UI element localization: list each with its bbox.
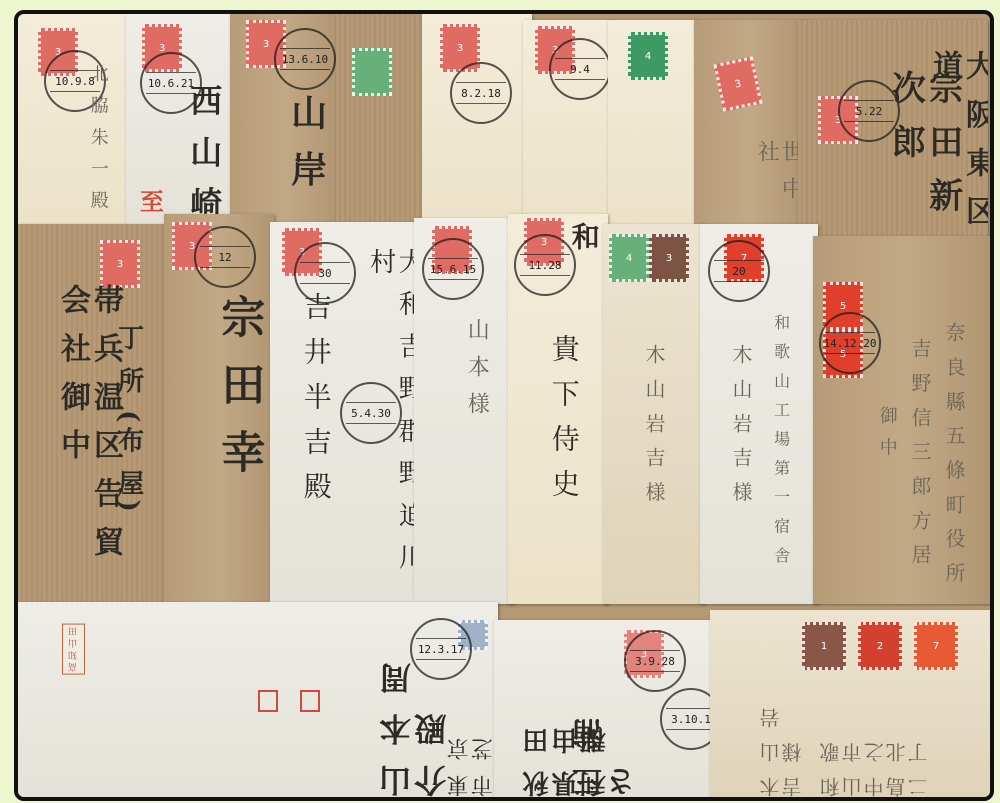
red-seal <box>300 690 320 712</box>
red-mark: 至 <box>136 189 162 217</box>
address-text: 山 岸 <box>286 94 326 191</box>
postmark: 13.6.10 <box>274 28 336 90</box>
stamp: 2 <box>858 622 902 670</box>
address-text: 北 脇 朱 一 殿 <box>88 64 108 213</box>
stamp: 3 <box>100 240 140 288</box>
address-extra: 丁 所 (布 屋) <box>114 324 143 516</box>
cover-12: 3 30 吉 井 半 吉 殿 大 和 吉 野 郡 野 迫 川 村 5.4.30 <box>270 222 420 604</box>
return-label: 高 知 山 田 <box>62 624 85 675</box>
red-seal <box>258 690 278 712</box>
stamp: 4 <box>628 32 668 80</box>
postmark: 15.6.15 <box>422 238 484 300</box>
cover-8: 3 世 中 社 <box>694 20 804 230</box>
cover-collection-photo: 3 10.9.8 北 脇 朱 一 殿 3 10.6.21 西 山 崎 至 3 1… <box>14 10 994 801</box>
cover-2: 3 10.6.21 西 山 崎 至 <box>126 14 236 229</box>
cover-16: 7 20 木 山 岩 吉 様 和 歌 山 工 場 第 一 宿 舎 <box>700 224 818 604</box>
cover-18: 高 知 山 田 12.3.17 山 本 周 介 殿 東 京 市 芝 区 ... <box>18 602 498 797</box>
cover-17: 5 5 14.12.20 奈 良 縣 五 條 町 役 所 吉 野 信 三 郎 方… <box>813 236 993 604</box>
postmark: 9.4 <box>549 38 611 100</box>
cover-13: 15.6.15 山 本 様 <box>414 218 514 604</box>
addressee-name: 宗 田 新 次 郎 <box>886 70 961 240</box>
stamp: 3 <box>649 234 689 282</box>
addressee-name: 木 山 岩 吉 様 <box>730 344 752 505</box>
postmark: 14.12.20 <box>819 312 881 374</box>
address-extra: 御 中 <box>877 406 897 460</box>
cover-9: 3 5.22 大 阪 東 区 道 宗 田 新 次 郎 <box>798 20 988 240</box>
address-text: 世 中 社 <box>754 140 802 230</box>
cover-20: 1 2 7 木 山 岩 吉 様 和 歌 山 市 中 之 島 北 二 丁 <box>710 610 990 797</box>
cover-4 <box>336 14 426 229</box>
addressee-name: 吉 井 半 吉 殿 <box>300 292 331 504</box>
addressee-name: 吉 野 信 三 郎 方 居 <box>909 338 931 568</box>
cover-1: 3 10.9.8 北 脇 朱 一 殿 <box>18 14 128 224</box>
address-text: 木 山 岩 吉 様 <box>643 344 665 505</box>
address-text: 西 山 崎 <box>186 84 221 222</box>
postmark-arrival: 3.10.1 <box>660 688 714 750</box>
postmark: 8.2.18 <box>450 62 512 124</box>
cover-14: 3 11.28 貴 下 侍 史 和 <box>508 214 608 604</box>
address-extra: 和 <box>568 222 599 254</box>
addressee-name: 山 本 周 介 殿 <box>380 634 450 797</box>
address-text: 秋 田 県 由 利 郡 <box>524 720 610 797</box>
cover-19: 3 3.9.28 3.10.1 三 浦 さ 秋 田 県 由 利 郡 <box>494 620 714 797</box>
address-text: 貴 下 侍 史 <box>548 334 579 501</box>
cover-3: 3 13.6.10 山 岸 <box>230 14 340 229</box>
address-text: 東 京 市 芝 区 ... <box>448 698 498 797</box>
address-text: 和 歌 山 工 場 第 一 宿 舎 <box>772 314 790 567</box>
postmark: 12 <box>194 226 256 288</box>
cover-7: 4 <box>608 20 698 225</box>
addressee-name: 木 山 岩 吉 様 <box>760 680 804 797</box>
postmark-arrival: 5.4.30 <box>340 382 402 444</box>
stamp: 4 <box>609 234 649 282</box>
postmark: 11.28 <box>514 234 576 296</box>
cover-15: 4 3 木 山 岩 吉 様 <box>603 224 705 604</box>
stamp: 7 <box>914 622 958 670</box>
address-text: 帯 兵 温 区 告 貿 会 社 御 中 <box>56 284 122 604</box>
stamp: 1 <box>802 622 846 670</box>
cover-11: 3 12 宗 田 幸 <box>164 214 274 604</box>
address-text: 宗 田 幸 <box>214 294 262 477</box>
stamp: 3 <box>713 56 762 111</box>
address-text: 和 歌 山 市 中 之 島 北 二 丁 <box>820 720 930 797</box>
postmark: 20 <box>708 240 770 302</box>
address-text: 奈 良 縣 五 條 町 役 所 <box>943 322 965 587</box>
cover-6: 3 9.4 <box>523 20 613 225</box>
cover-10: 3 帯 兵 温 区 告 貿 会 社 御 中 丁 所 (布 屋) <box>18 224 168 604</box>
cover-5: 3 8.2.18 <box>422 14 532 224</box>
address-text: 山 本 様 <box>464 318 488 418</box>
stamp-landscape <box>352 48 392 96</box>
